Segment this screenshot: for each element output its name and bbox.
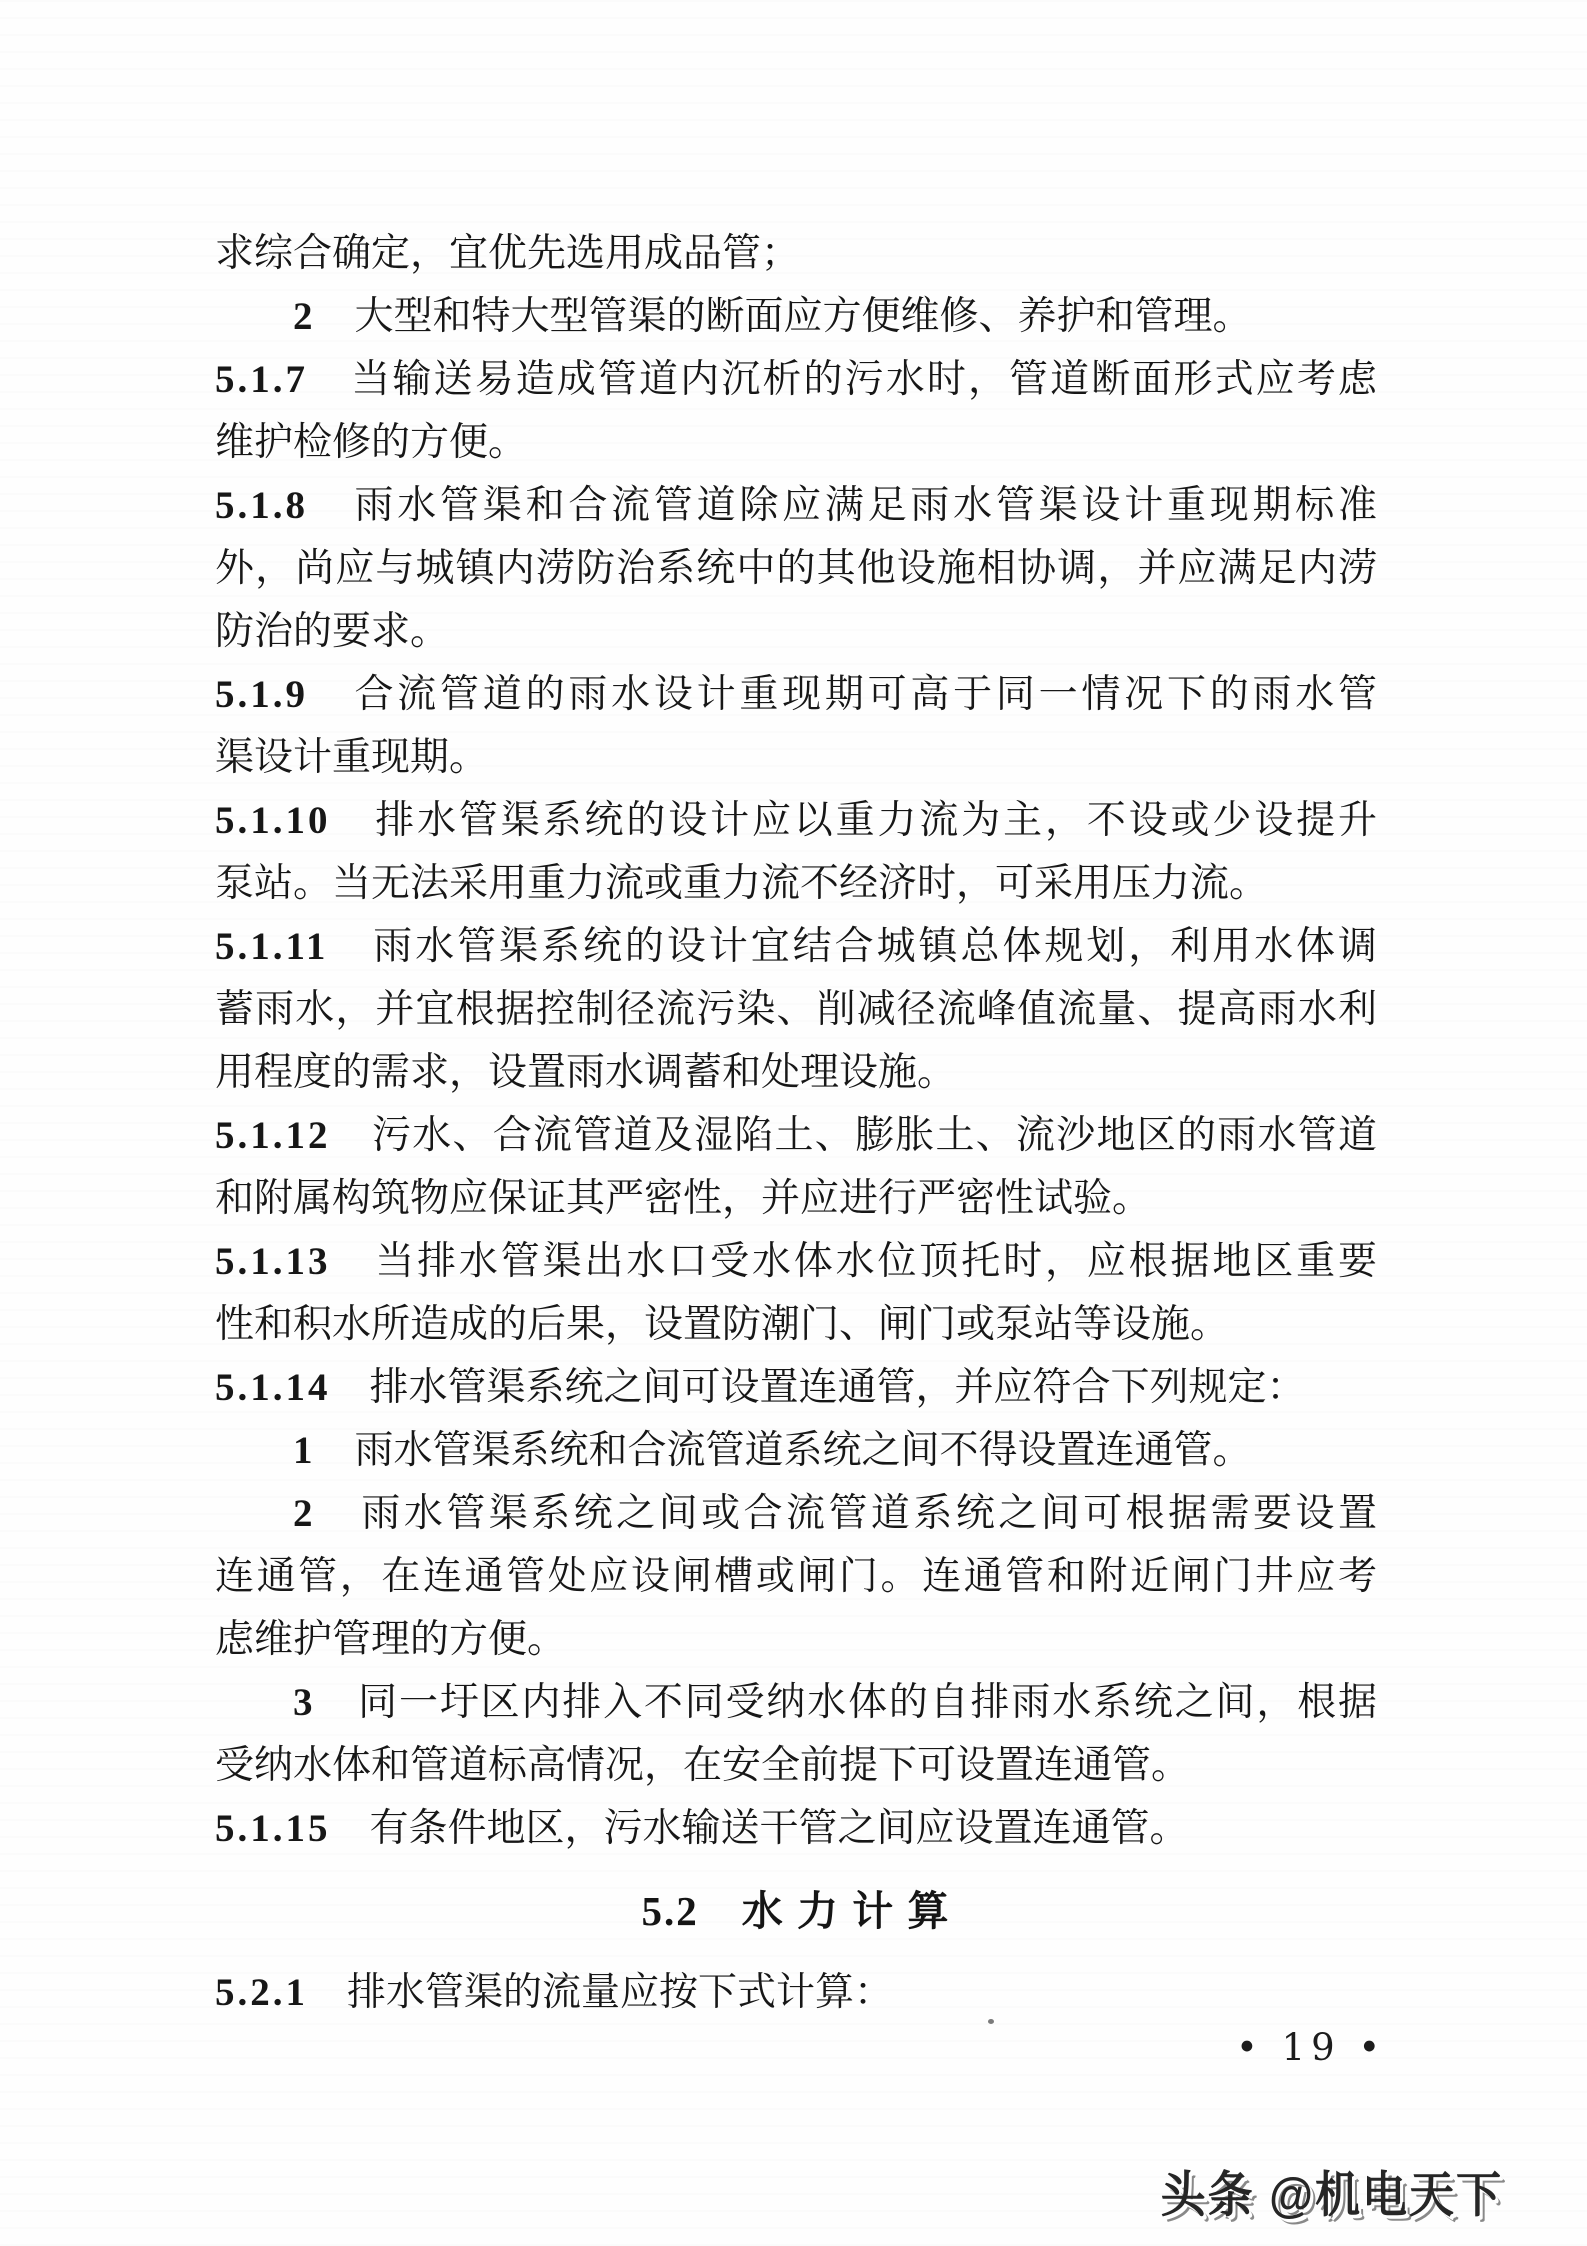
list-item-2: 2 雨水管渠系统之间或合流管道系统之间可根据需要设置 (215, 1482, 1377, 1545)
section-heading: 5.2 水 力 计 算 (215, 1880, 1377, 1943)
clause-number: 5.1.7 (215, 358, 308, 401)
text-line: 和附属构筑物应保证其严密性，并应进行严密性试验。 (215, 1167, 1377, 1230)
clause-number: 5.1.13 (215, 1240, 331, 1283)
watermark: 头条 @机电天下 (1161, 2155, 1503, 2225)
text-line: 渠设计重现期。 (215, 726, 1377, 789)
clause-number: 5.1.11 (215, 925, 328, 968)
text-line: 求综合确定，宜优先选用成品管； (215, 222, 1377, 285)
list-item-2: 2 大型和特大型管渠的断面应方便维修、养护和管理。 (215, 285, 1377, 348)
clause-number: 5.1.14 (215, 1366, 331, 1409)
clause-5.1.15: 5.1.15 有条件地区，污水输送干管之间应设置连通管。 (215, 1797, 1377, 1860)
text-line: 虑维护管理的方便。 (215, 1608, 1377, 1671)
clause-number: 2 (293, 295, 316, 338)
clause-number: 5.1.8 (215, 484, 308, 527)
list-item-3: 3 同一圩区内排入不同受纳水体的自排雨水系统之间，根据 (215, 1671, 1377, 1734)
text-line: 防治的要求。 (215, 600, 1377, 663)
clause-5.1.11: 5.1.11 雨水管渠系统的设计宜结合城镇总体规划，利用水体调 (215, 915, 1377, 978)
clause-number: 5.1.9 (215, 673, 308, 716)
clause-5.1.8: 5.1.8 雨水管渠和合流管道除应满足雨水管渠设计重现期标准 (215, 474, 1377, 537)
text-line: 泵站。当无法采用重力流或重力流不经济时，可采用压力流。 (215, 852, 1377, 915)
scan-speck (988, 2019, 994, 2024)
clause-5.1.13: 5.1.13 当排水管渠出水口受水体水位顶托时，应根据地区重要 (215, 1230, 1377, 1293)
clause-5.1.10: 5.1.10 排水管渠系统的设计应以重力流为主，不设或少设提升 (215, 789, 1377, 852)
clause-number: 5.1.15 (215, 1807, 331, 1850)
clause-5.1.7: 5.1.7 当输送易造成管道内沉析的污水时，管道断面形式应考虑 (215, 348, 1377, 411)
clause-number: 5.2.1 (215, 1971, 308, 2014)
text-line: 蓄雨水，并宜根据控制径流污染、削减径流峰值流量、提高雨水利 (215, 978, 1377, 1041)
clause-5.2.1: 5.2.1 排水管渠的流量应按下式计算： (215, 1961, 1377, 2024)
clause-number: 1 (293, 1429, 316, 1472)
text-line: 受纳水体和管道标高情况，在安全前提下可设置连通管。 (215, 1734, 1377, 1797)
clause-number: 2 (293, 1492, 316, 1535)
clause-5.1.14: 5.1.14 排水管渠系统之间可设置连通管，并应符合下列规定： (215, 1356, 1377, 1419)
clause-number: 3 (293, 1681, 316, 1724)
clause-5.1.12: 5.1.12 污水、合流管道及湿陷土、膨胀土、流沙地区的雨水管道 (215, 1104, 1377, 1167)
text-line: 维护检修的方便。 (215, 411, 1377, 474)
text-line: 连通管，在连通管处应设闸槽或闸门。连通管和附近闸门井应考 (215, 1545, 1377, 1608)
document-page: 求综合确定，宜优先选用成品管；2 大型和特大型管渠的断面应方便维修、养护和管理。… (0, 0, 1587, 2246)
text-line: 用程度的需求，设置雨水调蓄和处理设施。 (215, 1041, 1377, 1104)
page-body: 求综合确定，宜优先选用成品管；2 大型和特大型管渠的断面应方便维修、养护和管理。… (215, 222, 1377, 2024)
clause-number: 5.1.12 (215, 1114, 331, 1157)
text-line: 性和积水所造成的后果，设置防潮门、闸门或泵站等设施。 (215, 1293, 1377, 1356)
clause-number: 5.1.10 (215, 799, 331, 842)
list-item-1: 1 雨水管渠系统和合流管道系统之间不得设置连通管。 (215, 1419, 1377, 1482)
page-number: • 19 • (1236, 2028, 1386, 2068)
clause-5.1.9: 5.1.9 合流管道的雨水设计重现期可高于同一情况下的雨水管 (215, 663, 1377, 726)
text-line: 外，尚应与城镇内涝防治系统中的其他设施相协调，并应满足内涝 (215, 537, 1377, 600)
